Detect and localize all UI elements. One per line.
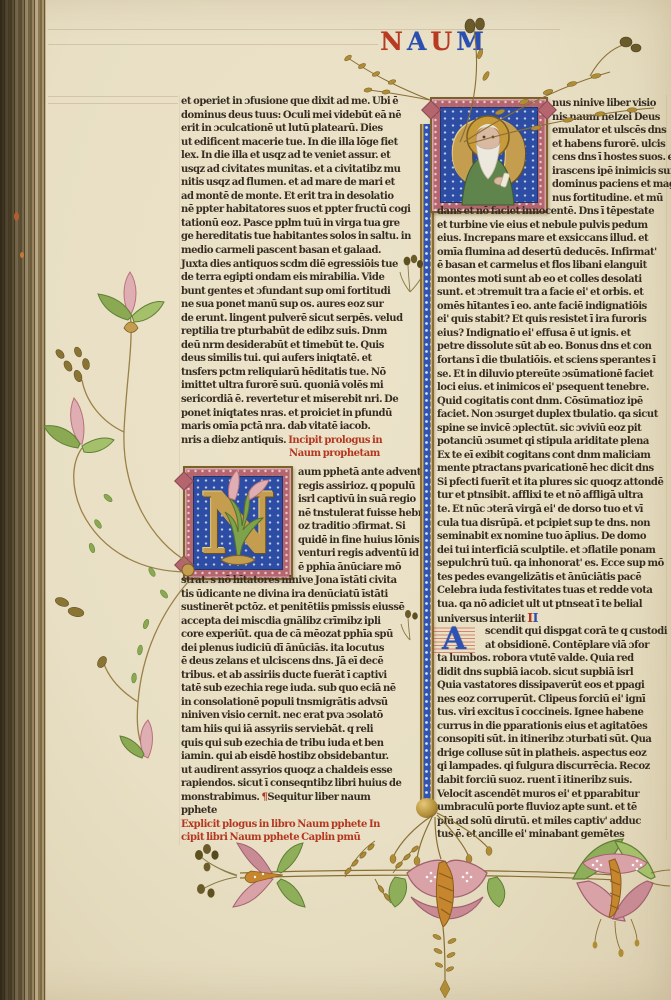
- text-line: reptilia tre pturbabūt de edibz suis. Dn…: [181, 325, 423, 339]
- nahum-text-wrapped: nus ninive liber visionis naum helzei De…: [552, 97, 668, 205]
- text-line: se. Et in diluvio ptereūte ɔsūmationē fa…: [437, 368, 668, 382]
- text-line: cula tua disrūpā. et pcipiet sup te dns.…: [437, 517, 668, 531]
- historiated-initial-o: O: [430, 97, 548, 213]
- text-line: sustinerēt pctōz. et penitētiis pmissis …: [181, 601, 423, 615]
- text-line: rapiendos. sicut ī conseqntibz libri hui…: [181, 777, 423, 791]
- text-line: tus. viri excitus ī coccineis. Ignee hab…: [437, 706, 668, 720]
- lily-flower: [98, 272, 164, 333]
- text-line: strat. s nō hītatores ninive Jona īstāti…: [181, 574, 423, 588]
- text-line: tnsfers pctm reliquiarū hēditatis tue. N…: [181, 366, 423, 380]
- text-line: in consolationē populi tnsmigrātis advsū: [181, 696, 423, 710]
- text-line: spine se invicē ɔplectūt. sic ɔviviū eoz…: [437, 422, 668, 436]
- text-line: tatē sub ezechia rege iuda. sub quo eciā…: [181, 682, 423, 696]
- text-line: quidē in fine huius lōnis: [298, 534, 423, 548]
- text-line: Quid cogitatis cont dnm. Cōsūmatioz ipē: [437, 395, 668, 409]
- text-line: regis assirioz. q populū: [298, 480, 423, 494]
- text-line: ponet iniqtates nras. et proiciet in pfu…: [181, 407, 423, 421]
- text-line: didit dns supbiā iacob. sicut supbiā isr…: [437, 666, 668, 680]
- text-line: ta lumbos. robora vtutē valde. Quia red: [437, 652, 668, 666]
- text-line: ne sua ponet manū sup os. aures eoz sur: [181, 298, 423, 312]
- running-title-letter: U: [430, 29, 452, 54]
- text-line: tis ūdicante ne divina ira denūciatū īst…: [181, 588, 423, 602]
- text-line: fortans ī die tbulatiōis. et sciens sper…: [437, 354, 668, 368]
- manuscript-page: NAUM et operiet in ɔfusione que dixit ad…: [0, 0, 671, 1000]
- text-line: universus interiit II: [437, 611, 668, 625]
- text-line: bunt gentes et ɔfundant sup omi fortitud…: [181, 285, 423, 299]
- text-line: ad montē de monte. Et erit tra in desola…: [181, 190, 423, 204]
- text-line: lex. In die illa et usqz ad te veniet as…: [181, 149, 423, 163]
- gutter-speck: [20, 252, 24, 258]
- text-line: plū ad solū dirutū. et miles captiv' add…: [437, 815, 668, 829]
- text-line: niniven visio cernit. nec erat pva ɔsola…: [181, 709, 423, 723]
- text-line: dabit forciū suoz. ruent ī itineribz sui…: [437, 774, 668, 788]
- text-line: pphete: [181, 804, 423, 818]
- running-title: NAUM: [372, 26, 492, 56]
- text-line: accepta dei miscdia gnālibz crīmibz ipli: [181, 615, 423, 629]
- initial-letter: A: [432, 624, 476, 654]
- bar-border: [420, 124, 434, 802]
- text-line: sericordiā ē. revertetur et miserebit nr…: [181, 393, 423, 407]
- nahum-text: dans et nō faciet innocentē. Dns ī tēpes…: [437, 205, 668, 842]
- text-line: tus ē. et ancille ei' minabant gemētes: [437, 828, 668, 842]
- text-line: Juxta dies antiquos scdm diē egressiōis …: [181, 258, 423, 272]
- text-line: de terra egipti ondam eis mirabilia. Vid…: [181, 271, 423, 285]
- text-line: emulator et ulscēs dns: [552, 124, 668, 138]
- text-line: ē deus zelans et ulciscens dns. Jā eī de…: [181, 655, 423, 669]
- text-line: qi lampades. qi fulgura discurrēcia. Rec…: [437, 760, 668, 774]
- text-line: ut audirent assyrios quoqz a chaldeis es…: [181, 764, 423, 778]
- text-line: dans et nō faciet innocentē. Dns ī tēpes…: [437, 205, 668, 219]
- text-line: et habens furorē. ulcis: [552, 138, 668, 152]
- text-line: deus similis tui. qui aufers iniqtatē. e…: [181, 352, 423, 366]
- text-line: te. Et nūc ɔterā virgā ei' de dorso tuo …: [437, 503, 668, 517]
- initial-letter: O: [432, 99, 546, 211]
- text-line: consopiti sūt. in itineribz ɔturbati sūt…: [437, 733, 668, 747]
- text-line: quis qui sub ezechia de tribu iuda et be…: [181, 737, 423, 751]
- text-line: petre dissolute sūt ab eo. Bonus dns et …: [437, 340, 668, 354]
- text-line: aum pphetā ante adventū: [298, 466, 423, 480]
- text-line: nitis usqz ad flumen. et ad mare de mari…: [181, 176, 423, 190]
- text-line: ut edificent macerie tue. In die illa lō…: [181, 136, 423, 150]
- lily-flower: [44, 398, 114, 453]
- text-line: eius? Indignatio ei' effusa ē ut ignis. …: [437, 327, 668, 341]
- prologue-text: strat. s nō hītatores ninive Jona īstāti…: [181, 574, 423, 845]
- text-line: venturi regis adventū id: [298, 547, 423, 561]
- text-line: erit in ɔculcationē ut lutū platearū. Di…: [181, 122, 423, 136]
- text-line: nus fortitudine. et mū: [552, 192, 668, 206]
- initial-letter: N: [185, 468, 291, 578]
- text-line: cens dns ī hostes suos. et: [552, 151, 668, 165]
- left-margin-floral-spray: [42, 272, 192, 772]
- text-line: nē tnstulerat fuisse hebre: [298, 507, 423, 521]
- text-line: eius. Increpans mare et exsiccans illud.…: [437, 232, 668, 246]
- bottom-floral-border: [185, 833, 670, 1000]
- ruling-line: [48, 44, 378, 45]
- acanthus-flower-right: [573, 839, 670, 957]
- text-line: nris a diebz antiquis. Incipit prologus …: [181, 434, 423, 448]
- illuminated-initial-n: N: [183, 466, 293, 580]
- text-line: tam hiis qui iā assyriis serviebāt. q re…: [181, 723, 423, 737]
- ruling-line: [48, 96, 178, 97]
- text-line: Velocit ascendēt muros ei' et pparabitur: [437, 788, 668, 802]
- text-line: monstrabimus. ¶Sequitur liber naum: [181, 791, 423, 805]
- text-line: drige colluse sūt in platheis. aspectus …: [437, 747, 668, 761]
- prologue-text-wrapped: aum pphetā ante adventūregis assirioz. q…: [298, 466, 423, 574]
- left-column-micah-text: et operiet in ɔfusione que dixit ad me. …: [181, 95, 423, 461]
- text-line: loci eius. et inimicos ei' psequent tene…: [437, 381, 668, 395]
- text-line: tes pedes evangelizātis et ānūciātis pac…: [437, 571, 668, 585]
- text-line: ē basan et carmelus et flos libani elang…: [437, 259, 668, 273]
- text-line: nes eoz corruperūt. Clipeus forciū ei' i…: [437, 693, 668, 707]
- ruling-line: [179, 95, 180, 845]
- text-line: omēs hītantes ī eo. ante faciē indignati…: [437, 300, 668, 314]
- text-line: tur et ptnsibit. afflixi te et nō afflig…: [437, 489, 668, 503]
- text-line: sunt. et ɔtremuit tra a facie ei' et orb…: [437, 286, 668, 300]
- text-line: dominus paciens et mag: [552, 178, 668, 192]
- running-title-letter: M: [456, 29, 484, 54]
- text-line: iamin. qui ab eisdē hostibz obsidebantur…: [181, 750, 423, 764]
- text-line: Ex te eī exibit cogitans cont dnm malici…: [437, 449, 668, 463]
- text-line: ē pphīa ānūciare mō: [298, 561, 423, 575]
- text-line: dei tui interficiā sculptile. et ɔflatil…: [437, 544, 668, 558]
- text-line: oz traditio ɔfirmat. Si: [298, 520, 423, 534]
- text-line: nē ppter habitatores suos et ppter fruct…: [181, 203, 423, 217]
- text-line: tationū eoz. Pasce pplm tuū in virga tua…: [181, 217, 423, 231]
- text-line: isrl captivū in suā regio: [298, 493, 423, 507]
- text-line: Explicit plogus in libro Naum pphete In: [181, 818, 423, 832]
- text-line: nus ninive liber visio: [552, 97, 668, 111]
- text-line: omīa flumina ad desertū deducēs. Infirma…: [437, 246, 668, 260]
- penwork-initial-a: A: [432, 624, 476, 654]
- text-line: currus in die pparationis eius et agitat…: [437, 720, 668, 734]
- text-line: sepulchrū tuū. qa inhonorat' es. Ecce su…: [437, 557, 668, 571]
- running-title-letter: N: [380, 29, 403, 54]
- text-line: faciet. Non ɔsurget duplex tbulatio. qa …: [437, 408, 668, 422]
- running-title-letter: A: [407, 29, 426, 54]
- bar-filigree: [424, 124, 431, 802]
- text-line: umbraculū porte fluvioz apte sunt. et tē: [437, 801, 668, 815]
- text-line: usqz ad civitates munitas. et a civitati…: [181, 163, 423, 177]
- text-line: irascens ipē inimicis suis: [552, 165, 668, 179]
- text-line: mente ptractans pvaricationē hec dicit d…: [437, 462, 668, 476]
- text-line: cipit libri Naum pphete Caplin pmū: [181, 831, 423, 845]
- text-line: imittet ultra furorē suū. quoniā volēs m…: [181, 379, 423, 393]
- text-line: Quia vastatores dissipaverūt eos et ppag…: [437, 679, 668, 693]
- gutter-speck: [14, 212, 19, 221]
- text-line: ei' quis stabit? Et quis resistet ī ira …: [437, 313, 668, 327]
- text-line: maris omīa pctā nra. dab vitatē iacob.: [181, 420, 423, 434]
- pink-bud: [120, 720, 153, 758]
- text-line: Si pfecti fuerīt et ita plures sic quoqz…: [437, 476, 668, 490]
- text-line: montes moti sunt ab eo et colles desolat…: [437, 273, 668, 287]
- text-line: nis naum helzei Deus: [552, 111, 668, 125]
- text-line: dei plenus iudiciū dī ānūciās. ita locut…: [181, 642, 423, 656]
- text-line: de erunt. lingent pulverē sicut serpēs. …: [181, 312, 423, 326]
- bar-knob: [416, 798, 438, 818]
- text-line: Celebra iuda festivitates tuas et redde …: [437, 584, 668, 598]
- text-line: dominus deus tuus: Oculi mei videbūt eā …: [181, 109, 423, 123]
- text-line: et operiet in ɔfusione que dixit ad me. …: [181, 95, 423, 109]
- acanthus-flower-left: [233, 843, 305, 907]
- gold-ferns: [344, 841, 419, 903]
- text-line: core experiūt. qua de cā mēozat pphīa sp…: [181, 628, 423, 642]
- text-line: medio carmeli pascent basan et galaad.: [181, 244, 423, 258]
- text-line: deū nrm desiderabūt et timebūt te. Quis: [181, 339, 423, 353]
- text-line: et turbine vie eius et nebule pulvis ped…: [437, 219, 668, 233]
- text-line: Naum prophetam: [181, 447, 423, 461]
- text-line: tribus. et ab assiriis ducte fuerāt ī ca…: [181, 669, 423, 683]
- ruling-line: [48, 103, 178, 104]
- text-line: ge hereditatis tue habitantes solos in s…: [181, 230, 423, 244]
- text-line: tua. qa nō adiciet ult ut ptnseat ī te b…: [437, 598, 668, 612]
- book-gutter-edge: [0, 0, 46, 1000]
- text-line: seminabit ex nomine tuo āplius. De domo: [437, 530, 668, 544]
- text-line: potanciū ɔsumet qi stipula ariditate ple…: [437, 435, 668, 449]
- berry-cluster: [195, 844, 237, 898]
